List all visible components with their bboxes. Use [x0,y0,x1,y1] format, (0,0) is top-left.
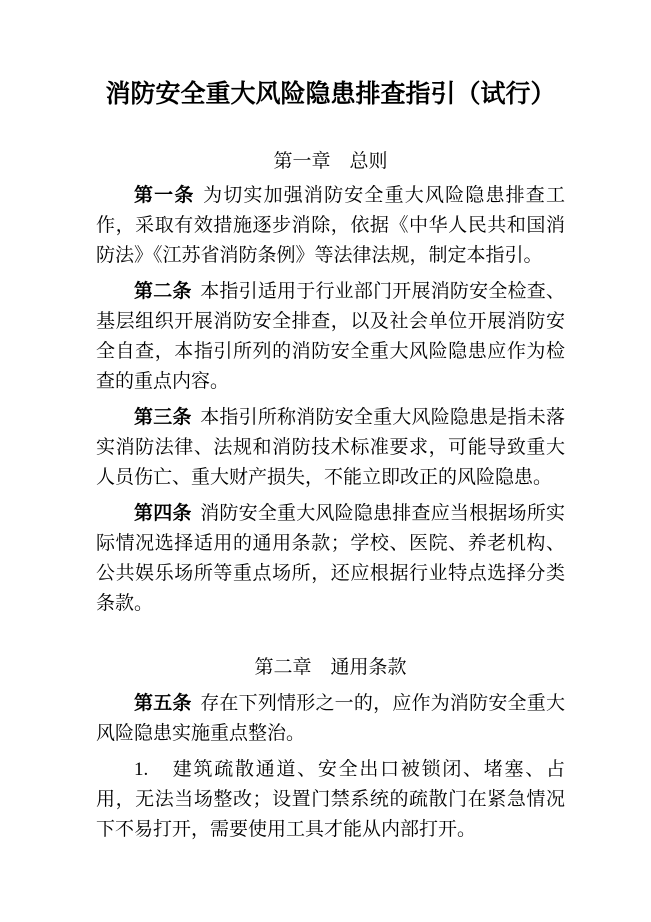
article-2-paragraph: 第二条本指引适用于行业部门开展消防安全检查、基层组织开展消防安全排查，以及社会单… [96,277,565,397]
article-4-paragraph: 第四条消防安全重大风险隐患排查应当根据场所实际情况选择适用的通用条款；学校、医院… [96,499,565,619]
article-5-paragraph: 第五条存在下列情形之一的，应作为消防安全重大风险隐患实施重点整治。 [96,689,565,749]
article-4-label: 第四条 [134,503,192,524]
list-item-1: 1.建筑疏散通道、安全出口被锁闭、堵塞、占用，无法当场整改；设置门禁系统的疏散门… [96,755,565,845]
article-3-paragraph: 第三条本指引所称消防安全重大风险隐患是指未落实消防法律、法规和消防技术标准要求，… [96,403,565,493]
article-5-label: 第五条 [134,693,192,714]
chapter-1-heading: 第一章 总则 [96,147,565,177]
article-2-label: 第二条 [134,281,192,302]
document-title: 消防安全重大风险隐患排查指引（试行） [96,76,565,112]
chapter-2-heading: 第二章 通用条款 [96,653,565,683]
list-item-1-number: 1. [134,759,148,780]
list-item-1-text: 建筑疏散通道、安全出口被锁闭、堵塞、占用，无法当场整改；设置门禁系统的疏散门在紧… [96,759,565,840]
article-1-paragraph: 第一条为切实加强消防安全重大风险隐患排查工作，采取有效措施逐步消除，依据《中华人… [96,181,565,271]
document-page: 消防安全重大风险隐患排查指引（试行） 第一章 总则 第一条为切实加强消防安全重大… [0,0,651,922]
article-3-label: 第三条 [134,407,192,428]
article-1-label: 第一条 [134,185,195,206]
